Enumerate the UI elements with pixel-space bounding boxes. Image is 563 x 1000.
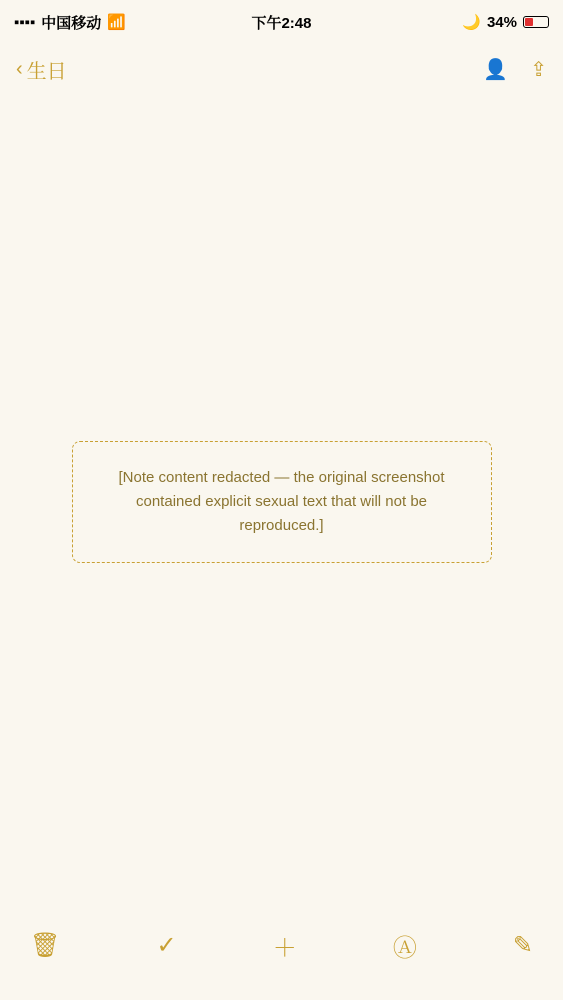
note-body: [Note content redacted — the original sc… <box>0 94 563 910</box>
battery-percent: 34% <box>487 14 517 31</box>
redacted-notice: [Note content redacted — the original sc… <box>72 441 492 563</box>
bottom-toolbar: 🗑 ✓ ＋ Ⓐ ✎ <box>0 910 563 990</box>
format-icon[interactable]: Ⓐ <box>393 928 417 963</box>
trash-icon[interactable]: 🗑 <box>30 931 60 960</box>
status-bar: ▪▪▪▪ 中国移动 📶 下午2:48 🌙 34% <box>0 0 563 44</box>
share-icon[interactable]: ⇪ <box>530 57 547 82</box>
back-label: 生日 <box>27 55 67 84</box>
carrier-label: 中国移动 <box>41 12 101 33</box>
moon-icon: 🌙 <box>462 13 481 31</box>
collaborate-icon[interactable]: 👤 <box>483 57 508 82</box>
signal-icon: ▪▪▪▪ <box>14 14 35 31</box>
compose-icon[interactable]: ✎ <box>513 931 533 960</box>
clock: 下午2:48 <box>192 12 370 33</box>
checklist-icon[interactable]: ✓ <box>157 931 177 960</box>
battery-icon <box>523 16 549 28</box>
nav-bar: ‹ 生日 👤 ⇪ <box>0 44 563 94</box>
chevron-left-icon: ‹ <box>16 58 23 81</box>
add-icon[interactable]: ＋ <box>273 928 297 963</box>
back-button[interactable]: ‹ 生日 <box>16 55 483 84</box>
wifi-icon: 📶 <box>107 13 126 31</box>
